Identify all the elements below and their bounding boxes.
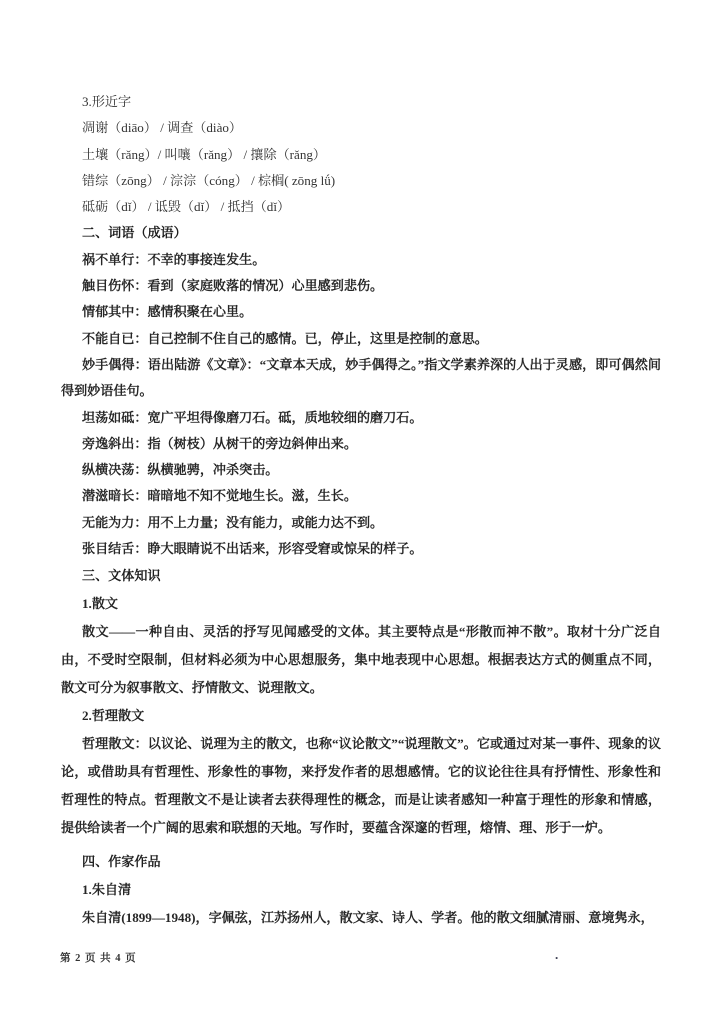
pinyin-line: 砥砺（dǐ） / 诋毁（dǐ） / 抵挡（dǐ） bbox=[61, 194, 661, 220]
definition-paragraph: 旁逸斜出：指（树枝）从树干的旁边斜伸出来。 bbox=[61, 431, 661, 457]
definition-paragraph: 坦荡如砥：宽广平坦得像磨刀石。砥，质地较细的磨刀石。 bbox=[61, 405, 661, 431]
body-paragraph: 朱自清(1899—1948)，字佩弦，江苏扬州人，散文家、诗人、学者。他的散文细… bbox=[61, 904, 661, 932]
body-paragraph: 散文——一种自由、灵活的抒写见闻感受的文体。其主要特点是“形散而神不散”。取材十… bbox=[61, 618, 661, 702]
body-paragraph: 哲理散文：以议论、说理为主的散文，也称“议论散文”“说理散文”。它或通过对某一事… bbox=[61, 730, 661, 842]
definition-paragraph: 妙手偶得：语出陆游《文章》：“文章本天成，妙手偶得之。”指文学素养深的人出于灵感… bbox=[61, 352, 661, 405]
definition-paragraph: 纵横决荡：纵横驰骋，冲杀突击。 bbox=[61, 457, 661, 483]
page-number-footer: 第 2 页 共 4 页 bbox=[60, 950, 137, 965]
pinyin-line: 土壤（rǎng）/ 叫嚷（rǎng） / 攘除（rǎng） bbox=[61, 142, 661, 168]
section-heading: 三、文体知识 bbox=[61, 562, 661, 590]
stray-dot: . bbox=[555, 948, 558, 961]
definition-paragraph: 情郁其中：感情积聚在心里。 bbox=[61, 299, 661, 325]
definition-paragraph: 潜滋暗长：暗暗地不知不觉地生长。滋，生长。 bbox=[61, 483, 661, 509]
definition-paragraph: 不能自已：自己控制不住自己的感情。已，停止，这里是控制的意思。 bbox=[61, 326, 661, 352]
sub-heading: 1.散文 bbox=[61, 590, 661, 618]
pinyin-line: 凋谢（diāo） / 调查（diào） bbox=[61, 115, 661, 141]
sub-heading: 2.哲理散文 bbox=[61, 702, 661, 730]
sub-heading: 1.朱自清 bbox=[61, 876, 661, 904]
pinyin-line: 错综（zōng） / 淙淙（cóng） / 棕榈( zōng lǘ) bbox=[61, 168, 661, 194]
document-content: 3.形近字凋谢（diāo） / 调查（diào）土壤（rǎng）/ 叫嚷（rǎn… bbox=[61, 89, 661, 932]
definition-paragraph: 张目结舌：睁大眼睛说不出话来，形容受窘或惊呆的样子。 bbox=[61, 536, 661, 562]
definition-paragraph: 祸不单行：不幸的事接连发生。 bbox=[61, 247, 661, 273]
definition-paragraph: 触目伤怀：看到（家庭败落的情况）心里感到悲伤。 bbox=[61, 273, 661, 299]
definition-paragraph: 无能为力：用不上力量；没有能力，或能力达不到。 bbox=[61, 510, 661, 536]
document-page: 3.形近字凋谢（diāo） / 调查（diào）土壤（rǎng）/ 叫嚷（rǎn… bbox=[0, 0, 721, 1024]
section-heading: 四、作家作品 bbox=[61, 848, 661, 876]
section-heading: 二、词语（成语） bbox=[61, 220, 661, 246]
sub-heading: 3.形近字 bbox=[61, 89, 661, 115]
